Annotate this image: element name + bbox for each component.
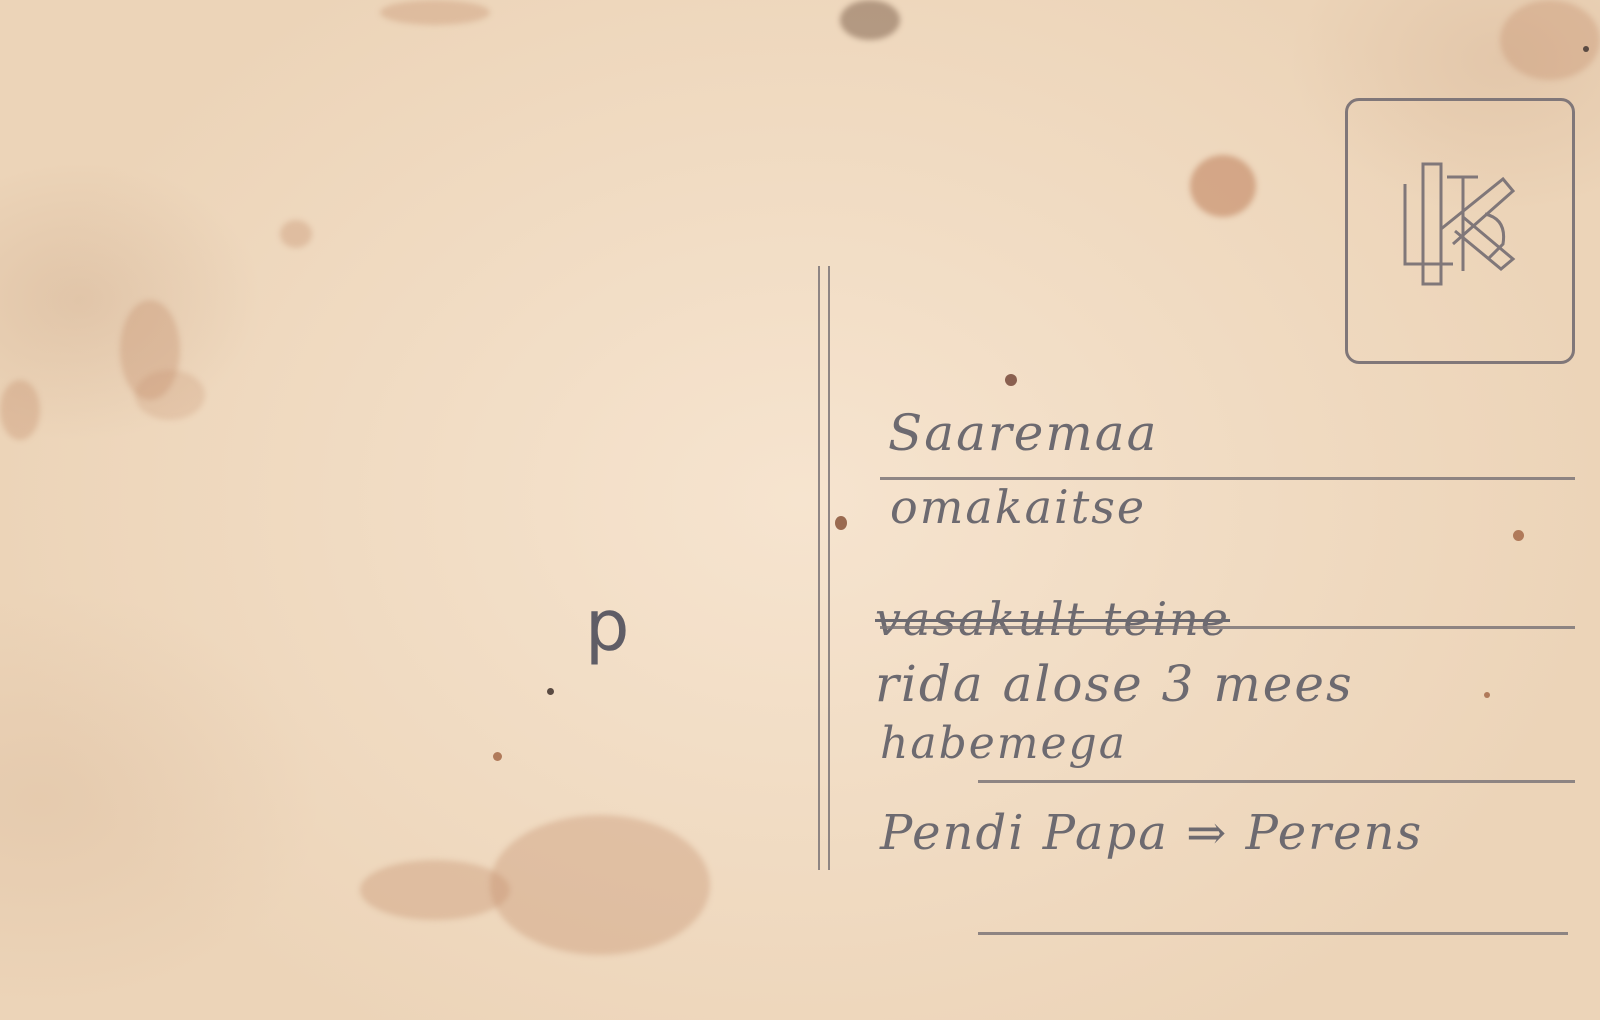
stain [840, 0, 900, 40]
address-line-4: rida alose 3 mees [875, 655, 1354, 713]
address-line-6: Pendi Papa ⇒ Perens [880, 805, 1423, 861]
address-line-2: omakaitse [890, 480, 1146, 534]
speck [493, 752, 502, 761]
stain [1500, 0, 1600, 80]
divider-line-right [828, 266, 830, 870]
stain [1190, 155, 1256, 217]
speck [1484, 692, 1490, 698]
address-line-1: Saaremaa [888, 404, 1158, 462]
left-mark: p [585, 585, 629, 667]
stain [380, 0, 490, 25]
stain [280, 220, 312, 248]
divider-line-left [818, 266, 820, 870]
address-line-3: vasakult teine [875, 592, 1230, 646]
speck [547, 688, 554, 695]
address-rule-3 [978, 780, 1575, 783]
stain [360, 860, 510, 920]
speck [835, 516, 847, 530]
address-line-5: habemega [880, 718, 1127, 769]
postcard-back: p Saaremaa omakaitse vasakult teine rida… [0, 0, 1600, 1020]
stamp-box [1345, 98, 1575, 364]
stain [135, 370, 205, 420]
stain [0, 380, 40, 440]
stamp-logo-icon [1403, 159, 1523, 289]
speck [1583, 46, 1589, 52]
speck [1005, 374, 1017, 386]
address-rule-2 [880, 626, 1575, 629]
stain [490, 815, 710, 955]
speck [1513, 530, 1524, 541]
address-rule-4 [978, 932, 1568, 935]
